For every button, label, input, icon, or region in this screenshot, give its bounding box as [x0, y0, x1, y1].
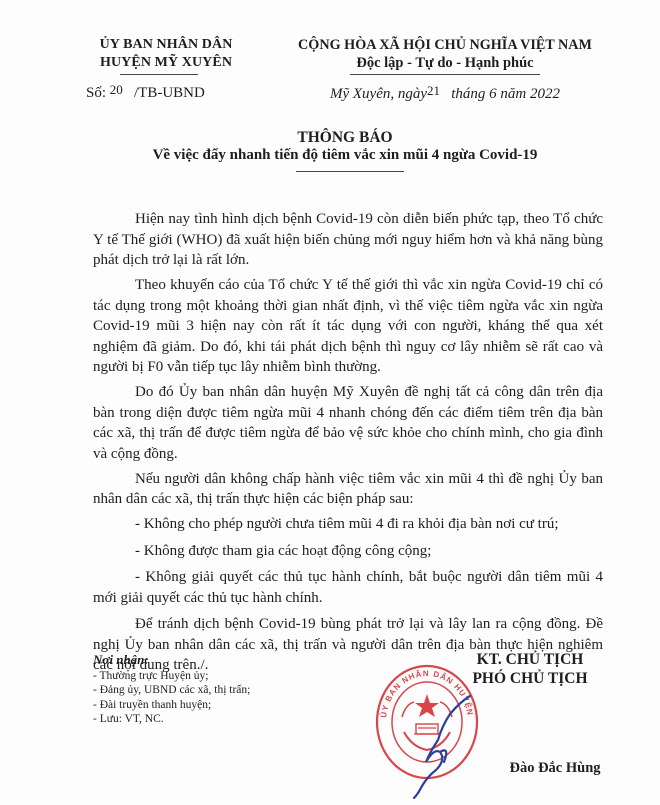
signer-name: Đào Đắc Hùng — [430, 760, 660, 777]
nation-name: CỘNG HÒA XÃ HỘI CHỦ NGHĨA VIỆT NAM — [280, 36, 610, 54]
issuing-agency: ỦY BAN NHÂN DÂN HUYỆN MỸ XUYÊN — [86, 36, 246, 72]
paragraph: Hiện nay tình hình dịch bệnh Covid-19 cò… — [93, 209, 603, 271]
document-subject: Về việc đẩy nhanh tiến độ tiêm vắc xin m… — [0, 147, 660, 164]
recipient-item: - Lưu: VT, NC. — [93, 712, 250, 727]
national-heading: CỘNG HÒA XÃ HỘI CHỦ NGHĨA VIỆT NAM Độc l… — [280, 36, 610, 72]
measure-item: - Không được tham gia các hoạt động công… — [93, 541, 603, 562]
signature-title-2: PHÓ CHỦ TỊCH — [380, 669, 660, 688]
date-prefix: Mỹ Xuyên, ngày — [330, 86, 427, 102]
recipient-item: - Đảng ủy, UBND các xã, thị trấn; — [93, 683, 250, 698]
paragraph: Theo khuyến cáo của Tổ chức Y tế thế giớ… — [93, 275, 603, 378]
handwritten-signature-icon — [400, 690, 490, 800]
recipient-item: - Thường trực Huyện ủy; — [93, 669, 250, 684]
agency-line-2: HUYỆN MỸ XUYÊN — [86, 54, 246, 72]
recipients-list: Nơi nhận: - Thường trực Huyện ủy; - Đảng… — [93, 653, 250, 727]
agency-underline — [120, 74, 198, 75]
signature-title-1: KT. CHỦ TỊCH — [380, 650, 660, 669]
national-motto: Độc lập - Tự do - Hạnh phúc — [280, 54, 610, 72]
recipient-item: - Đài truyền thanh huyện; — [93, 698, 250, 713]
document-body: Hiện nay tình hình dịch bệnh Covid-19 cò… — [93, 209, 603, 680]
agency-line-1: ỦY BAN NHÂN DÂN — [86, 36, 246, 54]
doc-number-label: Số: — [86, 85, 110, 101]
place-date: Mỹ Xuyên, ngày21 tháng 6 năm 2022 — [280, 86, 610, 103]
signature-block: KT. CHỦ TỊCH PHÓ CHỦ TỊCH — [380, 650, 660, 688]
motto-underline — [350, 74, 540, 75]
doc-code: /TB-UBND — [123, 85, 205, 101]
document-title: THÔNG BÁO — [0, 129, 660, 147]
date-suffix: tháng 6 năm 2022 — [440, 86, 560, 102]
document-number: Số: 20 /TB-UBND — [86, 85, 205, 102]
paragraph: Nếu người dân không chấp hành việc tiêm … — [93, 469, 603, 510]
doc-number-value: 20 — [110, 82, 123, 97]
measure-item: - Không cho phép người chưa tiêm mũi 4 đ… — [93, 514, 603, 535]
paragraph: Do đó Ủy ban nhân dân huyện Mỹ Xuyên đề … — [93, 382, 603, 464]
subject-underline — [296, 171, 404, 172]
measure-item: - Không giải quyết các thủ tục hành chín… — [93, 567, 603, 608]
date-day: 21 — [427, 83, 440, 98]
recipients-heading: Nơi nhận: — [93, 653, 250, 668]
